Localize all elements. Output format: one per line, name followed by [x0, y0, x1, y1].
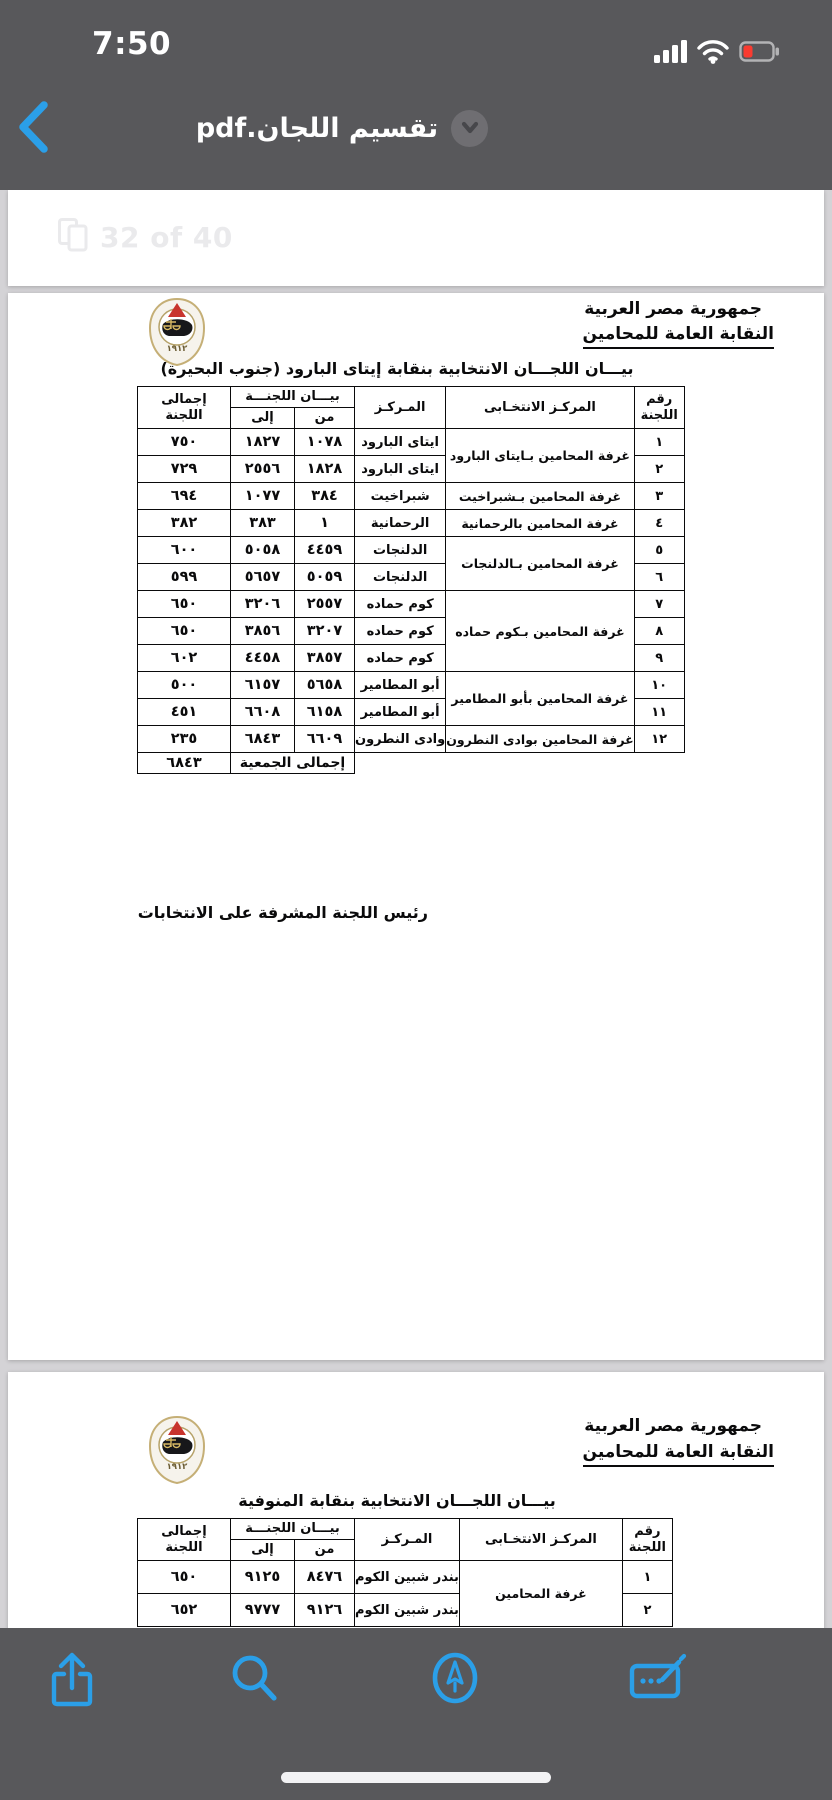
doc2-org-line: النقابة العامة للمحامين — [583, 1444, 774, 1467]
status-icons — [654, 38, 780, 68]
electoral-center-cell: غرفة المحامين بـايتاى البارود — [446, 429, 634, 483]
document-title: تقسيم اللجان.pdf — [196, 113, 438, 144]
col-header-from: من — [295, 408, 355, 429]
col-header-total: إجمالى اللجنة — [138, 387, 231, 429]
electoral-center-cell: غرفة المحامين بـكوم حماده — [446, 591, 634, 672]
nav-title-row: تقسيم اللجان.pdf — [0, 98, 832, 158]
assembly-total-row: إجمالى الجمعية ٦٨٤٣ — [138, 753, 685, 774]
table-row: ١ غرفة المحامين بندر شبين الكوم ٨٤٧٦ ٩١٢… — [138, 1561, 673, 1594]
search-icon — [226, 1694, 282, 1709]
col-header-committee-no: رقم اللجنة — [634, 387, 684, 429]
col-header-center: المـركـز — [355, 387, 446, 429]
home-indicator[interactable] — [281, 1772, 551, 1783]
cellular-signal-icon — [654, 39, 687, 67]
markup-pen-icon — [427, 1694, 483, 1709]
emblem-year: ١٩١٢ — [167, 344, 189, 354]
table-row: ٥ غرفة المحامين بـالدلنجات الدلنجات ٤٤٥٩… — [138, 537, 685, 564]
doc1-country-line: جمهورية مصر العربية — [584, 301, 762, 318]
empty-cell — [355, 753, 685, 774]
doc2-committees-table: رقم اللجنة المركـز الانتخـابى المـركـز ب… — [137, 1518, 673, 1627]
electoral-center-cell: غرفة المحامين بـالدلنجات — [446, 537, 634, 591]
col-header-committee-no: رقم اللجنة — [622, 1519, 672, 1561]
markup-pen-button[interactable] — [427, 1650, 483, 1706]
supervising-committee-signature: رئيس اللجنة المشرفة على الانتخابات — [175, 903, 428, 922]
col-header-center: المـركـز — [355, 1519, 460, 1561]
table-row: ١ غرفة المحامين بـايتاى البارود ايتاى ال… — [138, 429, 685, 456]
table-row: ٤ غرفة المحامين بالرحمانية الرحمانية ١ ٣… — [138, 510, 685, 537]
col-header-electoral-center: المركـز الانتخـابى — [446, 387, 634, 429]
doc1-title: بيـــان اللجـــان الانتخابية بنقابة إيتا… — [137, 359, 657, 378]
electoral-center-cell: غرفة المحامين بـشبراخيت — [446, 483, 634, 510]
doc1-org-line: النقابة العامة للمحامين — [583, 326, 774, 349]
doc1-committees-table: رقم اللجنة المركـز الانتخـابى المـركـز ب… — [137, 386, 685, 774]
page-position-hud: 32 of 40 — [58, 218, 233, 256]
assembly-total-value: ٦٨٤٣ — [138, 753, 231, 774]
bottom-toolbar — [0, 1628, 832, 1800]
screen: 7:50 — [0, 0, 832, 1800]
page-position-text: 32 of 40 — [100, 221, 233, 254]
pages-thumbnail-icon — [58, 218, 88, 256]
table-row: ١٢ غرفة المحامين بوادى النطرون وادى النط… — [138, 726, 685, 753]
doc2-country-line: جمهورية مصر العربية — [584, 1418, 762, 1435]
electoral-center-cell: غرفة المحامين بأبو المطامير — [446, 672, 634, 726]
battery-icon — [739, 41, 780, 66]
bar-association-emblem: ١٩١٢ — [148, 1416, 206, 1488]
signature-markup-button[interactable] — [629, 1650, 685, 1706]
table-row: ١٠ غرفة المحامين بأبو المطامير أبو المطا… — [138, 672, 685, 699]
search-button[interactable] — [226, 1650, 282, 1706]
share-icon — [44, 1698, 100, 1713]
table-row: ٣ غرفة المحامين بـشبراخيت شبراخيت ٣٨٤ ١٠… — [138, 483, 685, 510]
doc2-title: بيـــان اللجـــان الانتخابية بنقابة المن… — [137, 1491, 657, 1510]
emblem-year: ١٩١٢ — [167, 1462, 189, 1472]
table-row: ٧ غرفة المحامين بـكوم حماده كوم حماده ٢٥… — [138, 591, 685, 618]
chevron-down-icon — [457, 114, 483, 143]
pdf-page-previous[interactable]: 32 of 40 — [8, 190, 824, 286]
assembly-total-label: إجمالى الجمعية — [231, 753, 355, 774]
col-header-total: إجمالى اللجنة — [138, 1519, 231, 1561]
title-menu-button[interactable] — [451, 110, 488, 147]
electoral-center-cell: غرفة المحامين بوادى النطرون — [446, 726, 634, 753]
electoral-center-cell: غرفة المحامين — [459, 1561, 622, 1627]
wifi-icon — [696, 38, 730, 68]
col-header-electoral-center: المركـز الانتخـابى — [459, 1519, 622, 1561]
signature-box-icon — [629, 1694, 687, 1709]
pdf-page-current[interactable]: جمهورية مصر العربية النقابة العامة للمحا… — [8, 293, 824, 1360]
col-header-from: من — [295, 1540, 355, 1561]
electoral-center-cell: غرفة المحامين بالرحمانية — [446, 510, 634, 537]
col-header-range: بيـــان اللجنـــة — [231, 387, 355, 408]
share-button[interactable] — [44, 1650, 100, 1706]
col-header-to: إلى — [231, 408, 295, 429]
col-header-range: بيـــان اللجنـــة — [231, 1519, 355, 1540]
top-chrome: 7:50 — [0, 0, 832, 190]
status-time: 7:50 — [92, 26, 171, 62]
col-header-to: إلى — [231, 1540, 295, 1561]
